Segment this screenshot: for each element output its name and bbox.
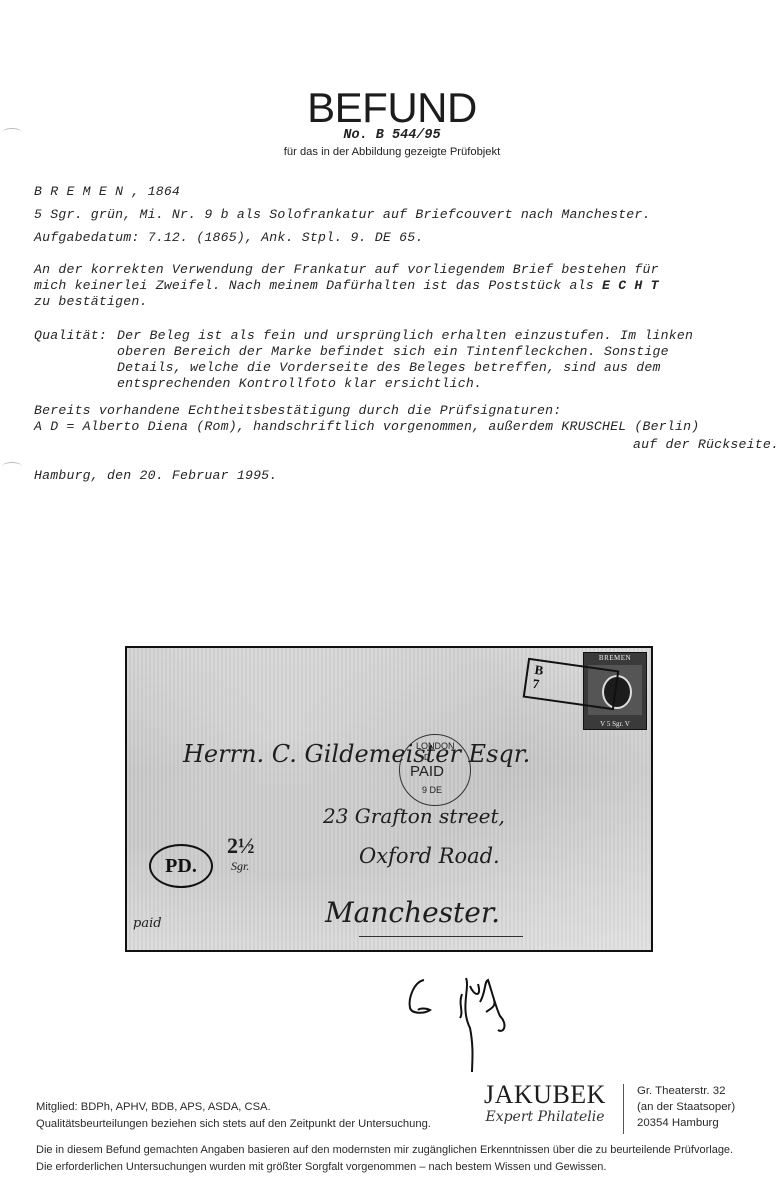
address-underline (359, 936, 523, 937)
prior-certification: Bereits vorhandene Echtheitsbestätigung … (34, 403, 699, 435)
office-address: Gr. Theaterstr. 32 (an der Staatsoper) 2… (637, 1083, 735, 1131)
address-line: Oxford Road. (359, 844, 500, 868)
quality-paragraph: Der Beleg ist als fein und ursprünglich … (117, 328, 693, 392)
quality-line: entsprechenden Kontrollfoto klar ersicht… (117, 376, 693, 392)
quality-line: Details, welche die Vorderseite des Bele… (117, 360, 693, 376)
address-line: 20354 Hamburg (637, 1115, 735, 1131)
posting-dates: Aufgabedatum: 7.12. (1865), Ank. Stpl. 9… (34, 230, 423, 246)
footer-divider (623, 1084, 624, 1134)
membership-info: Mitglied: BDPh, APHV, BDB, APS, ASDA, CS… (36, 1099, 431, 1133)
rate-marking: 2½ Sgr. (227, 836, 255, 876)
issue-heading: B R E M E N , 1864 (34, 184, 180, 200)
address-line: Gr. Theaterstr. 32 (637, 1083, 735, 1099)
legal-disclaimer: Die in diesem Befund gemachten Angaben b… (36, 1142, 733, 1175)
brand-logo: JAKUBEK Expert Philatelie (480, 1081, 610, 1125)
address-line: Manchester. (325, 896, 500, 929)
examiner-signature (400, 968, 530, 1083)
verdict-line: zu bestätigen. (34, 294, 659, 310)
prior-cert-line: auf der Rückseite. (633, 437, 779, 453)
paid-note: paid (133, 916, 162, 931)
address-line: Herrn. C. Gildemeister Esqr. (183, 740, 530, 768)
rate-unit: Sgr. (231, 856, 255, 876)
quality-note: Qualitätsbeurteilungen beziehen sich ste… (36, 1116, 431, 1133)
address-line: 23 Grafton street, (323, 804, 505, 828)
stamp-country: BREMEN (584, 654, 646, 662)
box-cancel-text: B 7 (532, 663, 544, 692)
prior-cert-line: Bereits vorhandene Echtheitsbestätigung … (34, 403, 699, 419)
verdict-line: An der korrekten Verwendung der Frankatu… (34, 262, 659, 278)
disclaimer-line: Die erforderlichen Untersuchungen wurden… (36, 1159, 733, 1176)
membership-line: Mitglied: BDPh, APHV, BDB, APS, ASDA, CS… (36, 1099, 431, 1116)
signature-icon (400, 968, 530, 1078)
prior-cert-line: A D = Alberto Diena (Rom), handschriftli… (34, 419, 699, 435)
certificate-number: No. B 544/95 (0, 128, 784, 143)
brand-name: JAKUBEK (480, 1081, 610, 1109)
quality-line: Der Beleg ist als fein und ursprünglich … (117, 328, 693, 344)
punch-hole-mark (2, 462, 22, 471)
verdict-line: mich keinerlei Zweifel. Nach meinem Dafü… (34, 278, 659, 294)
pd-handstamp: PD. (149, 844, 213, 888)
postmark-date: 9 DE (422, 785, 442, 795)
document-subtitle: für das in der Abbildung gezeigte Prüfob… (0, 146, 784, 158)
verdict-text: mich keinerlei Zweifel. Nach meinem Dafü… (34, 278, 602, 293)
address-line: (an der Staatsoper) (637, 1099, 735, 1115)
disclaimer-line: Die in diesem Befund gemachten Angaben b… (36, 1142, 733, 1159)
quality-label: Qualität: (34, 328, 107, 344)
rate-value: 2½ (227, 833, 255, 858)
stamp-value: V 5 Sgr. V (584, 720, 646, 728)
verdict-paragraph: An der korrekten Verwendung der Frankatu… (34, 262, 659, 310)
item-description: 5 Sgr. grün, Mi. Nr. 9 b als Solofrankat… (34, 207, 651, 223)
verdict-genuine: E C H T (602, 278, 659, 293)
envelope-photo: BREMEN V 5 Sgr. V B 7 LONDON D PAID 9 DE… (125, 646, 653, 952)
brand-subtitle: Expert Philatelie (480, 1109, 610, 1125)
quality-line: oberen Bereich der Marke befindet sich e… (117, 344, 693, 360)
document-title: BEFUND (0, 84, 784, 132)
place-date: Hamburg, den 20. Februar 1995. (34, 468, 277, 484)
